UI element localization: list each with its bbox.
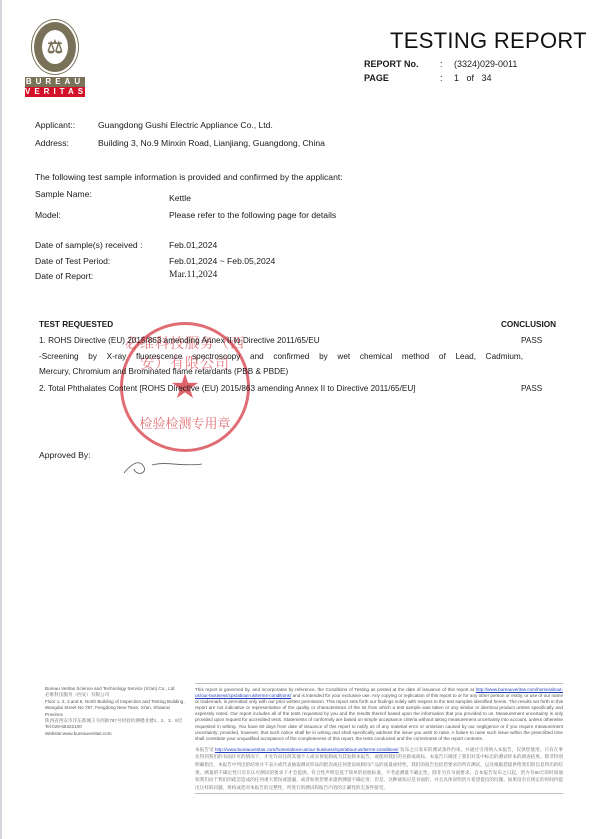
report-no-value: (3324)029-0011 [454,57,517,71]
date-report-value: Mar.11,2024 [169,270,217,280]
report-meta: REPORT No. : (3324)029-0011 PAGE : 1 of … [364,57,517,85]
date-received-label: Date of sample(s) received : [35,240,142,250]
sample-intro: The following test sample information is… [35,172,343,182]
page-label: PAGE [364,71,440,85]
footer-company-info: Bureau Veritas Science and Technology Se… [45,686,187,737]
stamp-bottom-text: 检验检测专用章 [123,413,247,432]
footer-top-rule [195,683,563,684]
date-period-label: Date of Test Period: [35,256,110,266]
sample-name-label: Sample Name: [35,189,92,199]
test-1-detail-line1: -Screening by X-ray fluorescence spectro… [39,352,523,361]
test-1-title: 1. ROHS Directive (EU) 2015/863 amending… [39,336,320,345]
test-2-title: 2. Total Phthalates Content [ROHS Direct… [39,384,416,393]
signature-icon [122,455,212,477]
terms-conditions-link-cn[interactable]: http://www.bureauveritas.com/home/about-… [215,747,399,752]
sample-name-value: Kettle [169,193,191,203]
test-requested-heading: TEST REQUESTED [39,320,113,329]
report-title: TESTING REPORT [390,28,587,54]
date-period-value: Feb.01,2024 ~ Feb.05,2024 [169,256,275,266]
footer-bottom-rule [195,793,563,794]
conclusion-heading: CONCLUSION [501,320,556,329]
logo-seal-icon: ⚖ [32,20,78,74]
report-no-label: REPORT No. [364,57,440,71]
footer-disclaimer: This report is governed by, and incorpor… [195,683,563,794]
logo-line1: BUREAU [25,77,85,87]
disclaimer-en: This report is governed by, and incorpor… [195,687,563,742]
applicant-value: Guangdong Gushi Electric Appliance Co., … [98,120,273,130]
footer-address-en: Floor 1, 2, 3 and 8, North Building of I… [45,699,187,718]
footer-web: Website:www.bureauveritas.com [45,731,187,737]
date-report-label: Date of Report: [35,271,93,281]
logo-line2: VERITAS [25,87,85,97]
model-value: Please refer to the following page for d… [169,210,336,220]
approved-by-label: Approved By: [39,450,91,460]
test-2-conclusion: PASS [521,384,542,393]
test-1-conclusion: PASS [521,336,542,345]
disclaimer-cn: 本报告受 http://www.bureauveritas.com/home/a… [195,746,563,792]
model-label: Model: [35,210,61,220]
page-value: 1 of 34 [454,71,492,85]
applicant-label: Applicant:: [35,120,75,130]
test-1-detail-line2: Mercury, Chromium and Brominated flame r… [39,367,288,376]
date-received-value: Feb.01,2024 [169,240,217,250]
address-value: Building 3, No.9 Minxin Road, Lianjiang,… [98,138,325,148]
bureau-veritas-logo: ⚖ BUREAU VERITAS [25,20,85,97]
address-label: Address: [35,138,69,148]
